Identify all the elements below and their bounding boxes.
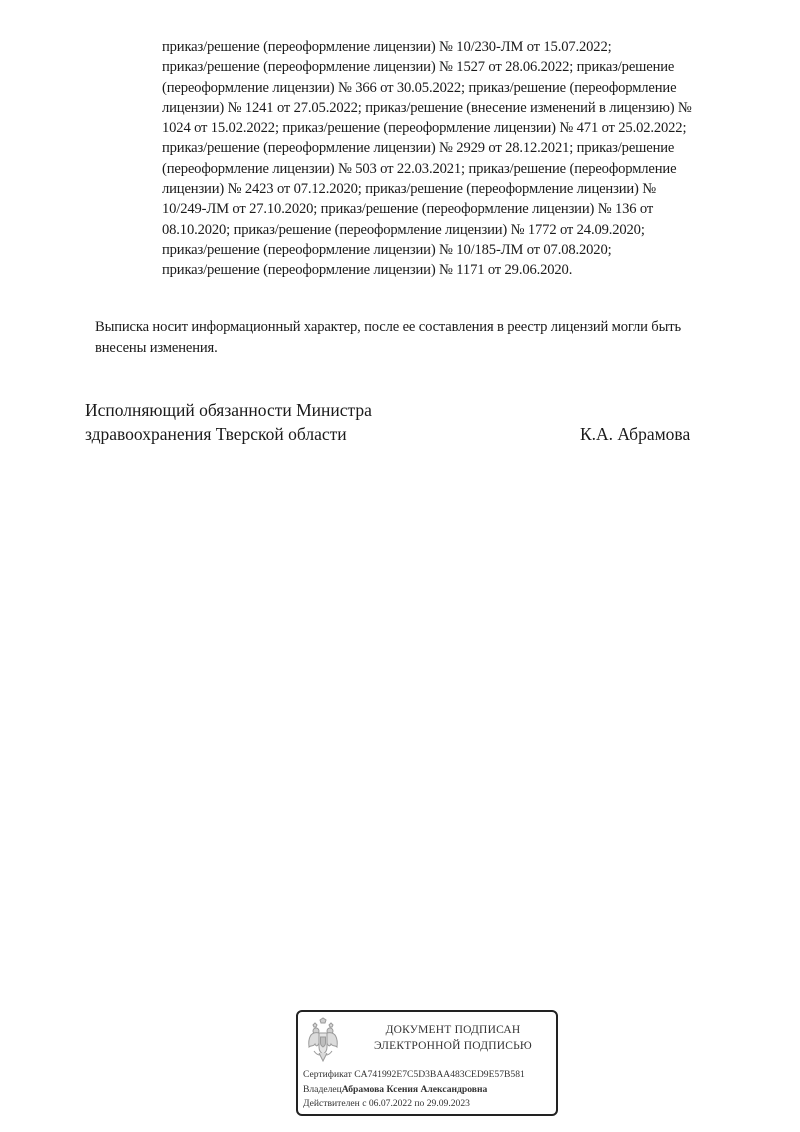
orders-line: лицензии) № 1241 от 27.05.2022; приказ/р…	[162, 98, 772, 118]
certificate-value: CA741992E7C5D3BAA483CED9E57B581	[354, 1069, 525, 1080]
stamp-title: ДОКУМЕНТ ПОДПИСАН ЭЛЕКТРОННОЙ ПОДПИСЬЮ	[358, 1022, 548, 1054]
owner-value: Абрамова Ксения Александровна	[342, 1084, 488, 1095]
signer-name: К.А. Абрамова	[580, 422, 690, 446]
signer-position-line2: здравоохранения Тверской области	[85, 424, 347, 444]
owner-row: ВладелецАбрамова Ксения Александровна	[303, 1083, 558, 1098]
orders-line: приказ/решение (переоформление лицензии)…	[162, 240, 772, 260]
orders-line: 10/249-ЛМ от 27.10.2020; приказ/решение …	[162, 199, 772, 219]
orders-line: (переоформление лицензии) № 503 от 22.03…	[162, 159, 772, 179]
validity-row: Действителен с 06.07.2022 по 29.09.2023	[303, 1097, 558, 1112]
orders-line: лицензии) № 2423 от 07.12.2020; приказ/р…	[162, 179, 772, 199]
certificate-label: Сертификат	[303, 1069, 352, 1080]
signer-position-line1: Исполняющий обязанности Министра	[85, 400, 372, 420]
license-orders-list: приказ/решение (переоформление лицензии)…	[162, 37, 772, 281]
orders-line: приказ/решение (переоформление лицензии)…	[162, 37, 772, 57]
orders-line: приказ/решение (переоформление лицензии)…	[162, 57, 772, 77]
disclaimer-line: внесены изменения.	[95, 338, 775, 359]
stamp-title-line1: ДОКУМЕНТ ПОДПИСАН	[358, 1022, 548, 1038]
certificate-row: Сертификат CA741992E7C5D3BAA483CED9E57B5…	[303, 1068, 558, 1083]
signature-block: Исполняющий обязанности Министра здравоо…	[85, 398, 725, 446]
electronic-signature-stamp: ДОКУМЕНТ ПОДПИСАН ЭЛЕКТРОННОЙ ПОДПИСЬЮ С…	[296, 1010, 558, 1116]
orders-line: 1024 от 15.02.2022; приказ/решение (пере…	[162, 118, 772, 138]
stamp-details: Сертификат CA741992E7C5D3BAA483CED9E57B5…	[303, 1068, 558, 1112]
orders-line: 08.10.2020; приказ/решение (переоформлен…	[162, 220, 772, 240]
orders-line: приказ/решение (переоформление лицензии)…	[162, 260, 772, 280]
owner-label: Владелец	[303, 1084, 342, 1095]
coat-of-arms-icon	[306, 1017, 340, 1067]
stamp-title-line2: ЭЛЕКТРОННОЙ ПОДПИСЬЮ	[358, 1038, 548, 1054]
orders-line: (переоформление лицензии) № 366 от 30.05…	[162, 78, 772, 98]
orders-line: приказ/решение (переоформление лицензии)…	[162, 138, 772, 158]
disclaimer-note: Выписка носит информационный характер, п…	[95, 317, 775, 358]
disclaimer-line: Выписка носит информационный характер, п…	[95, 317, 775, 338]
